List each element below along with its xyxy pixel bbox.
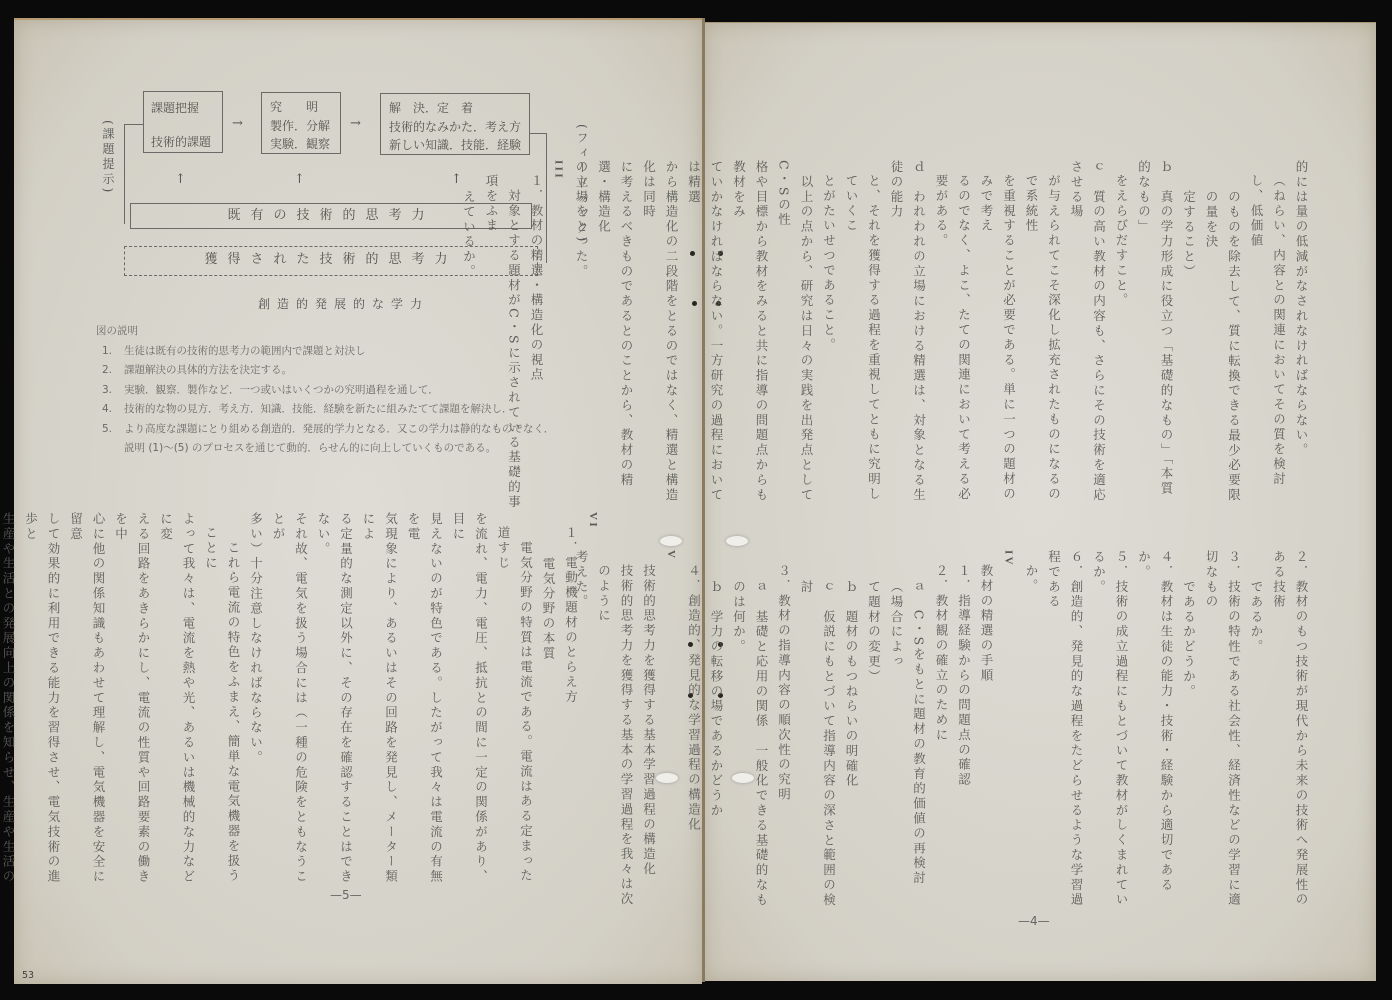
box-solution: 解 決．定 着 技術的なみかた．考え方 新しい知識．技能．経験 (380, 93, 530, 155)
page-number-right: —4— (1018, 914, 1050, 928)
left-body-text: VI １．電動機題材のとらえ方 電気分野の本質 電気分野の特質は電流である。電流… (0, 512, 604, 892)
connector-line (530, 133, 546, 134)
corner-mark: 53 (22, 970, 34, 981)
section-heading-v: V (660, 550, 683, 910)
right-top-text: 的には量の低減がなされなければならない。 （ねらい、内容との関連においてその質を… (457, 160, 1312, 510)
connector-line (124, 124, 125, 224)
connector-line (124, 124, 143, 125)
paper-dent (660, 536, 682, 546)
paper-dent (726, 536, 748, 546)
box-investigation: 究 明 製作．分解 実験．観察 (261, 92, 341, 154)
section-heading-iv: IV (997, 550, 1020, 910)
task-presentation-label: (課題提示) (100, 120, 117, 195)
arrow-up-icon: ↑ (294, 172, 305, 187)
arrow-right-icon: → (232, 116, 243, 131)
section-heading-iii: III (547, 160, 570, 510)
right-bottom-text: ２．教材のもつ技術が現代から未来の技術へ発展性のある技術 であるか。 ３．技術の… (570, 550, 1313, 910)
diagram-caption: 創造的発展的な学力 (258, 295, 429, 312)
arrow-up-icon: ↑ (175, 172, 186, 187)
box-task-grasp: 課題把握 技術的課題 (143, 91, 223, 153)
page-number-left: —5— (330, 888, 362, 902)
arrow-right-icon: → (350, 116, 361, 131)
